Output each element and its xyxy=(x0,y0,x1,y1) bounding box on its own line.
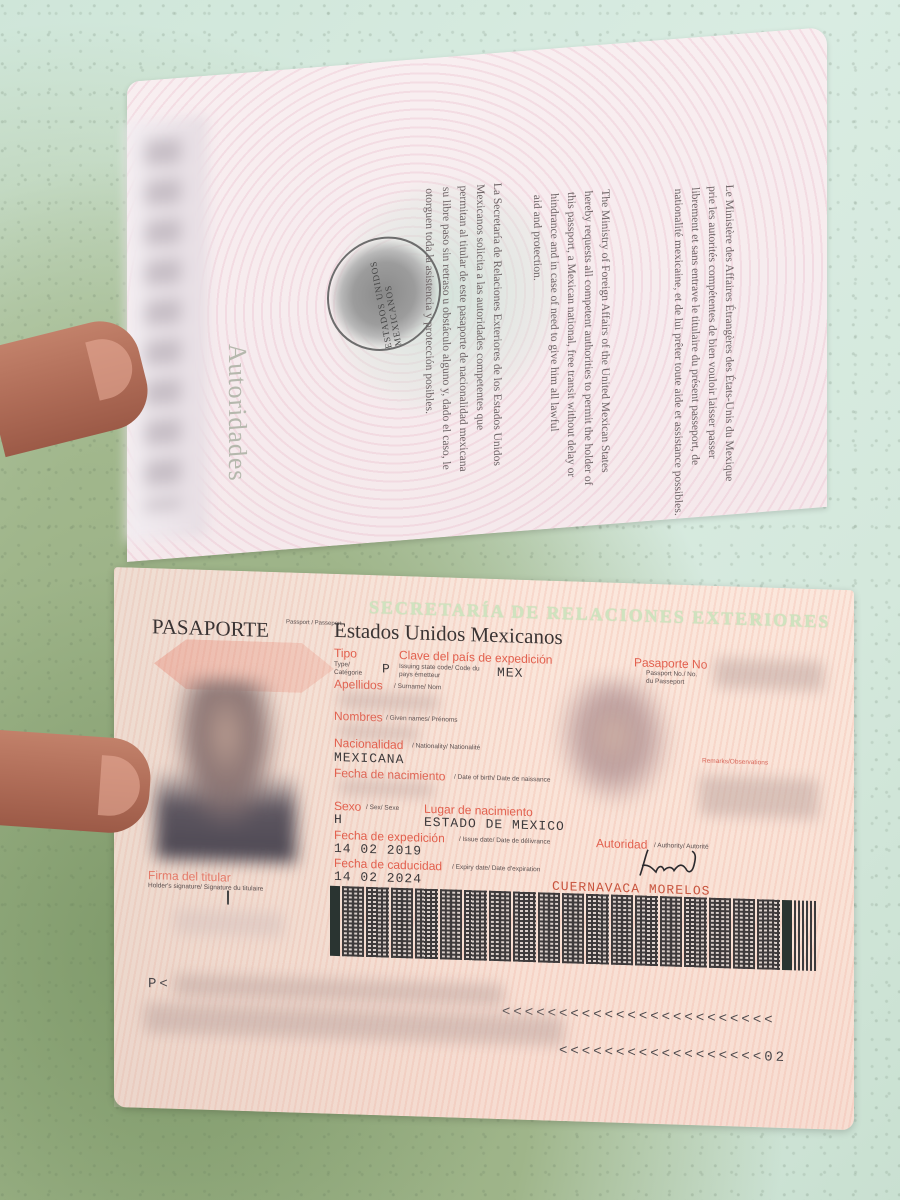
passport-data-page: SECRETARÍA DE RELACIONES EXTERIORES PASA… xyxy=(114,567,854,1130)
remarks-blurred xyxy=(699,775,819,819)
nationality-value: MEXICANA xyxy=(334,750,404,767)
document-title: PASAPORTE xyxy=(152,614,269,643)
holder-signature-blurred xyxy=(174,909,284,937)
mrz-line-2-end: <<<<<<<<<<<<<<<<<<02 xyxy=(559,1043,787,1066)
blurred-text-strip xyxy=(127,116,207,542)
nationality-sub: / Nationality/ Nationalité xyxy=(412,742,480,752)
sex-sub: / Sex/ Sexe xyxy=(366,804,399,813)
mrz-line-1-start: P< xyxy=(148,976,171,993)
passport-no-label: Pasaporte No xyxy=(634,655,707,671)
issuing-code-value: MEX xyxy=(497,665,523,681)
official-signature-icon xyxy=(630,845,710,884)
signature-sub: Holder's signature/ Signature du titulai… xyxy=(148,882,263,894)
request-text-english: The Ministry of Foreign Affairs of the U… xyxy=(528,189,613,490)
type-sub: Type/ Catégorie xyxy=(334,661,374,678)
vertical-heading: Autoridades xyxy=(222,342,252,482)
request-text-french: Le Ministère des Affaires Étrangères des… xyxy=(669,184,737,516)
birthplace-value: ESTADO DE MEXICO xyxy=(424,815,565,834)
holder-photo-blurred xyxy=(156,678,296,862)
type-value: P xyxy=(382,661,391,676)
expiry-date-value: 14 02 2024 xyxy=(334,869,422,887)
birth-date-sub: / Date of birth/ Date de naissance xyxy=(454,774,550,785)
finger-lower xyxy=(0,730,153,836)
mrz-line-1-blurred xyxy=(174,974,504,1006)
seal-text: ESTADOS UNIDOS MEXICANOS xyxy=(365,238,404,350)
type-label: Tipo xyxy=(334,646,357,661)
surname-sub: / Surname/ Nom xyxy=(394,683,441,692)
ghost-image-blurred xyxy=(554,676,674,810)
surname-blurred xyxy=(339,692,439,711)
passport-top-page: Autoridades ESTADOS UNIDOS MEXICANOS La … xyxy=(127,27,827,562)
remarks-label: Remarks/Observations xyxy=(702,757,768,767)
mrz-line-2-blurred xyxy=(144,1003,564,1046)
issue-date-sub: / Issue date/ Date de délivrance xyxy=(459,836,550,847)
sex-value: H xyxy=(334,812,343,827)
given-names-sub: / Given names/ Prénoms xyxy=(386,715,458,725)
expiry-date-sub: / Expiry date/ Date d'expiration xyxy=(452,864,540,875)
request-text-spanish: La Secretaría de Relaciones Exteriores d… xyxy=(420,182,505,475)
passport-no-blurred xyxy=(714,658,824,691)
birth-date-blurred xyxy=(339,780,434,797)
2d-barcode xyxy=(330,886,816,971)
issuing-code-sub: Issuing state code/ Code du pays émetteu… xyxy=(399,663,494,682)
passport-no-sub: Passport No./ No. du Passeport xyxy=(646,670,706,688)
holder-signature-mark xyxy=(227,891,229,905)
given-names-label: Nombres xyxy=(334,709,383,725)
surname-label: Apellidos xyxy=(334,677,383,693)
